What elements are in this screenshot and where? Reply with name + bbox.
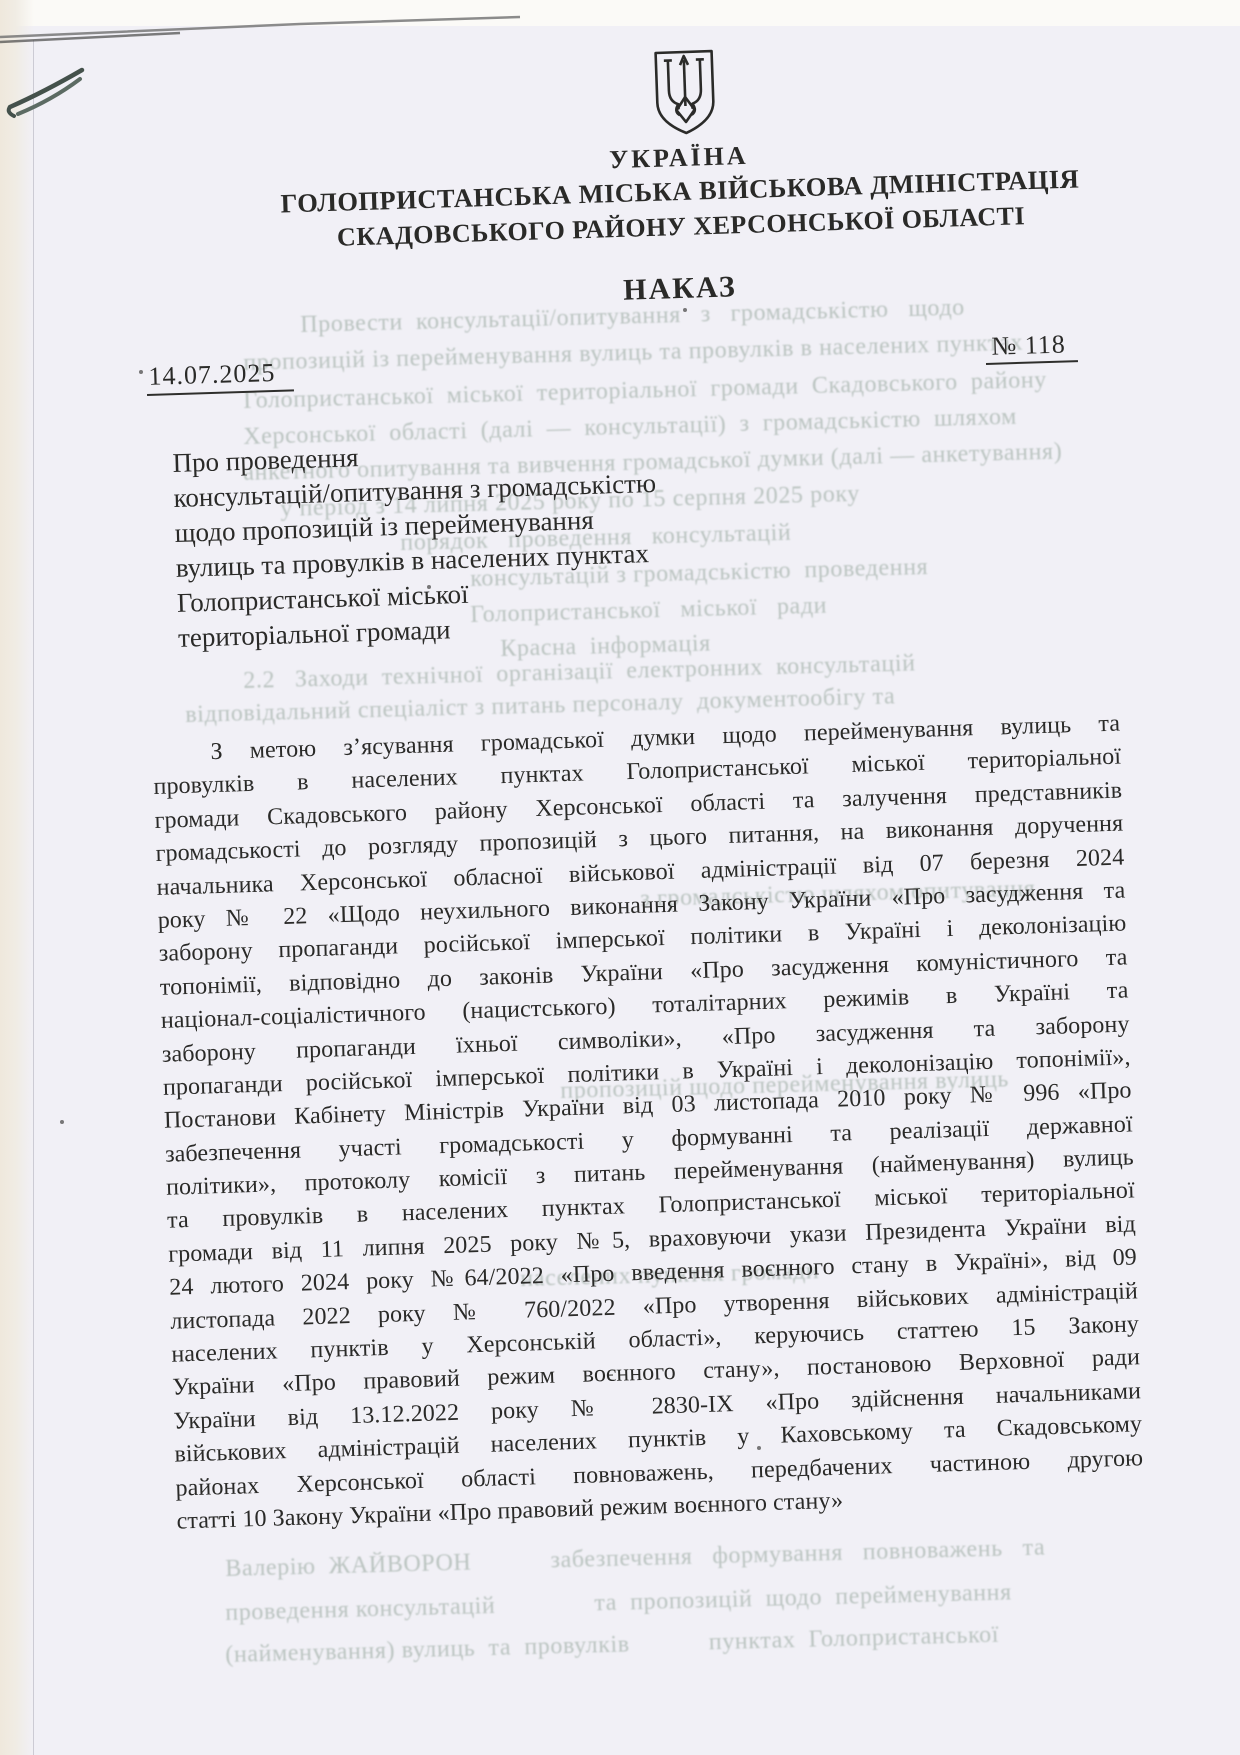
ink-speck — [683, 308, 687, 312]
ink-speck — [139, 370, 143, 374]
document-number-value: № 118 — [985, 329, 1078, 365]
bleedthrough-text-line: Валерію ЖАЙВОРОН забезпечення формування… — [225, 1535, 1046, 1583]
document-body: З метою з’ясування громадської думки щод… — [152, 708, 1145, 1539]
bleedthrough-text-line: (найменування) вулиць та провулків пункт… — [225, 1622, 999, 1669]
document-date: 14.07.2025 — [146, 357, 294, 392]
ukraine-trident-coat-of-arms-icon — [648, 47, 721, 139]
document-header: УКРАЇНА ГОЛОПРИСТАНСЬКА МІСЬКА ВІЙСЬКОВА… — [139, 125, 1222, 261]
page-edge-line — [33, 40, 34, 1755]
binding-thread-icon — [4, 52, 104, 122]
document-subject: Про проведенняконсультацій/опитування з … — [172, 427, 798, 656]
document-number: № 118 — [985, 329, 1078, 362]
scanned-document-page: Провести консультації/опитування з грома… — [0, 0, 1240, 1755]
ink-speck — [427, 585, 431, 589]
document-date-value: 14.07.2025 — [146, 357, 294, 396]
bleedthrough-text-line: проведення консультацій та пропозицій що… — [225, 1579, 1012, 1627]
page-left-edge-shadow — [0, 0, 34, 1755]
ink-speck — [60, 1120, 64, 1124]
ink-speck — [757, 1446, 761, 1450]
page-top-edge-line — [0, 0, 600, 50]
